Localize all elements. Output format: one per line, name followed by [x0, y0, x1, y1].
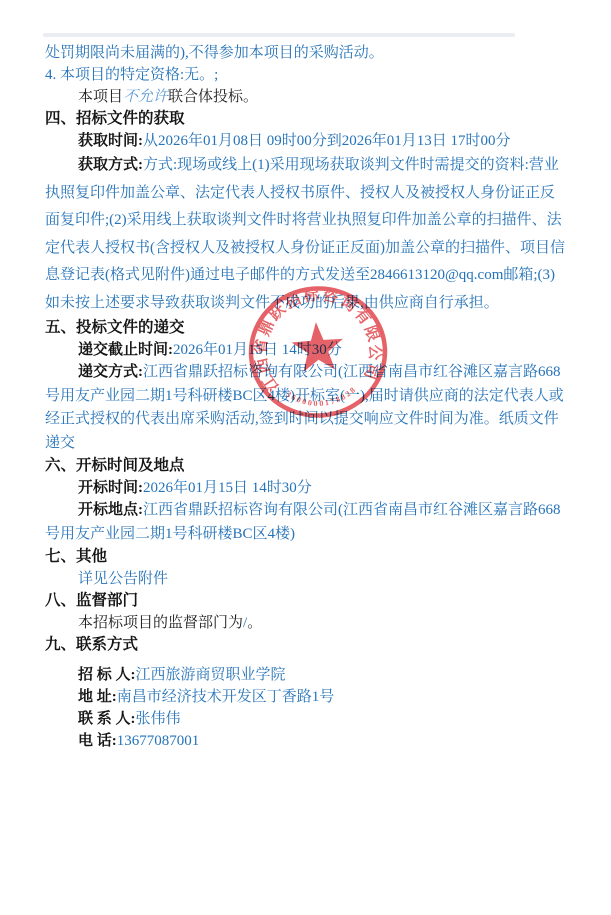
section-heading-contact: 九、联系方式 [45, 634, 567, 656]
opening-place-paragraph: 开标地点:江西省鼎跃招标咨询有限公司(江西省南昌市红谷滩区嘉言路668号用友产业… [45, 499, 567, 546]
opening-place-label: 开标地点: [78, 502, 143, 518]
phone-label: 电 话: [78, 733, 117, 749]
opening-time-line: 开标时间:2026年01月15日 14时30分 [45, 477, 567, 499]
section-heading-submit: 五、投标文件的递交 [45, 317, 567, 339]
section-heading-acquire: 四、招标文件的获取 [45, 108, 567, 130]
submit-method-paragraph: 递交方式:江西省鼎跃招标咨询有限公司(江西省南昌市红谷滩区嘉言路668号用友产业… [45, 361, 567, 455]
contact-row-person: 联 系 人:张伟伟 [45, 708, 567, 730]
opening-time-value: 2026年01月15日 14时30分 [143, 480, 312, 496]
acquire-method-value: 方式:现场或线上(1)采用现场获取谈判文件时需提交的资料:营业执照复印件加盖公章… [45, 157, 565, 311]
acquire-time-value: 从2026年01月08日 09时00分到2026年01月13日 17时00分 [143, 133, 511, 149]
tender-notice-document: 处罚期限尚未届满的),不得参加本项目的采购活动。 4. 本项目的特定资格:无。;… [0, 0, 611, 915]
qualification-text: 4. 本项目的特定资格:无。; [45, 64, 567, 86]
section-heading-supervision: 八、监督部门 [45, 590, 567, 612]
supervision-prefix: 本招标项目的监督部门为 [78, 615, 243, 631]
address-value: 南昌市经济技术开发区丁香路1号 [117, 689, 335, 705]
supervision-suffix: 。 [247, 615, 262, 631]
not-allowed-emphasis: 不允许 [123, 89, 168, 105]
contact-row-bidder: 招 标 人:江西旅游商贸职业学院 [45, 664, 567, 686]
acquire-time-line: 获取时间:从2026年01月08日 09时00分到2026年01月13日 17时… [45, 130, 567, 152]
section-heading-other: 七、其他 [45, 546, 567, 568]
phone-value: 13677087001 [117, 733, 200, 749]
contact-person-value: 张伟伟 [136, 711, 181, 727]
submit-deadline-line: 递交截止时间:2026年01月15日 14时30分 [45, 339, 567, 361]
joint-bid-prefix: 本项目 [78, 89, 123, 105]
joint-bid-suffix: 联合体投标。 [168, 89, 258, 105]
other-content: 详见公告附件 [45, 568, 567, 590]
section-heading-opening: 六、开标时间及地点 [45, 455, 567, 477]
contact-person-label: 联 系 人: [78, 711, 136, 727]
acquire-time-label: 获取时间: [78, 133, 143, 149]
submit-deadline-value: 2026年01月15日 14时30分 [173, 342, 342, 358]
acquire-method-paragraph: 获取方式:方式:现场或线上(1)采用现场获取谈判文件时需提交的资料:营业执照复印… [45, 152, 567, 317]
contact-row-address: 地 址:南昌市经济技术开发区丁香路1号 [45, 686, 567, 708]
submit-deadline-label: 递交截止时间: [78, 342, 173, 358]
acquire-method-label: 获取方式: [78, 157, 143, 173]
joint-bid-statement: 本项目不允许联合体投标。 [45, 86, 567, 108]
address-label: 地 址: [78, 689, 117, 705]
bidder-label: 招 标 人: [78, 667, 136, 683]
bidder-value: 江西旅游商贸职业学院 [136, 667, 286, 683]
submit-method-label: 递交方式: [78, 364, 143, 380]
supervision-line: 本招标项目的监督部门为/。 [45, 612, 567, 634]
contact-row-phone: 电 话:13677087001 [45, 730, 567, 752]
opening-time-label: 开标时间: [78, 480, 143, 496]
document-body: 处罚期限尚未届满的),不得参加本项目的采购活动。 4. 本项目的特定资格:无。;… [0, 0, 611, 915]
penalty-clause-text: 处罚期限尚未届满的),不得参加本项目的采购活动。 [45, 42, 567, 64]
